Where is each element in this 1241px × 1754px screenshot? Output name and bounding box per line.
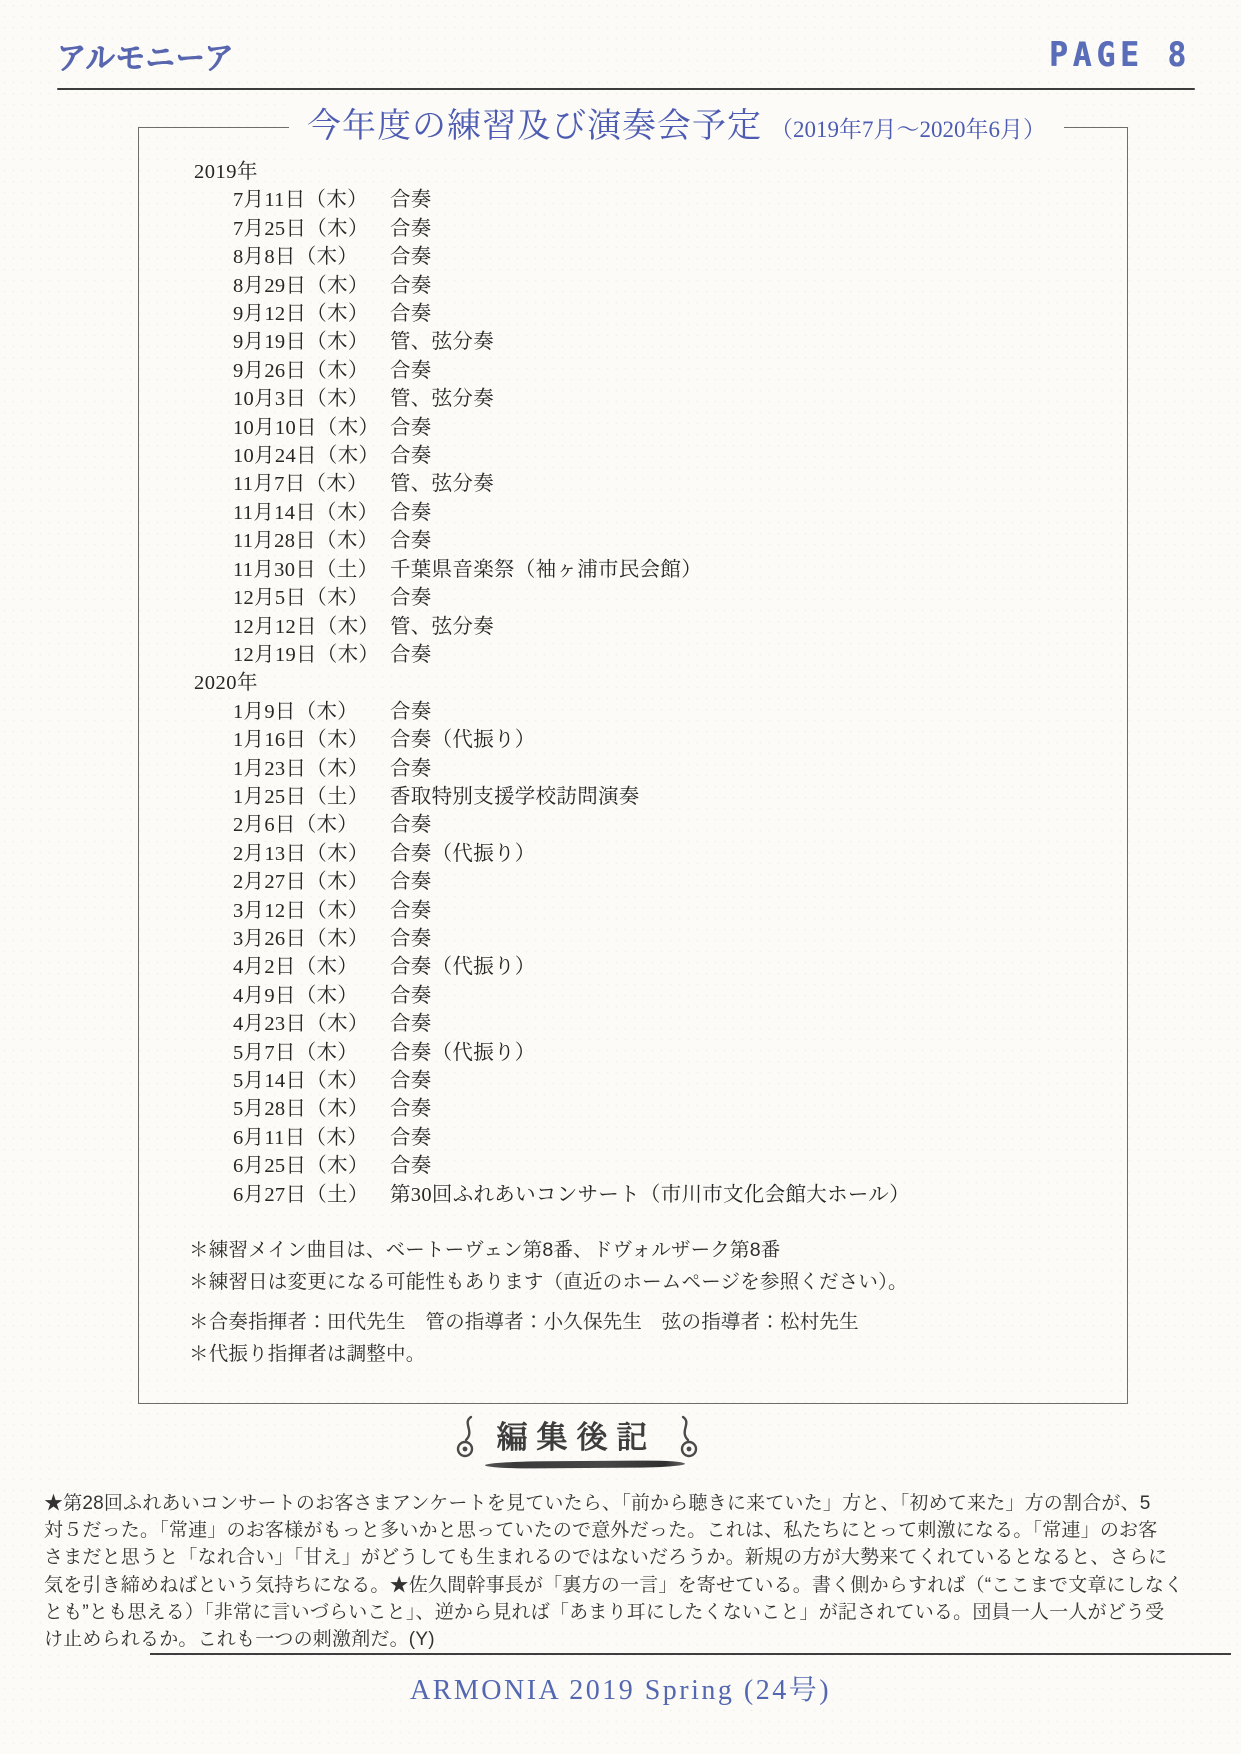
page-number-label: PAGE 8 — [1049, 36, 1191, 75]
schedule-activity: 合奏 — [390, 1095, 432, 1123]
schedule-date: 11月30日（土） — [233, 556, 390, 584]
schedule-activity: 合奏 — [390, 925, 432, 953]
schedule-date: 12月12日（木） — [233, 613, 390, 641]
schedule-date: 2月27日（木） — [233, 868, 390, 896]
schedule-notes: ＊練習メイン曲目は、ベートーヴェン第8番、ドヴォルザーク第8番＊練習日は変更にな… — [189, 1235, 1127, 1370]
schedule-activity: 管、弦分奏 — [390, 328, 494, 356]
schedule-date: 1月23日（木） — [233, 755, 390, 783]
schedule-date: 12月5日（木） — [233, 584, 390, 612]
schedule-activity: 合奏 — [390, 641, 432, 669]
schedule-row: 1月23日（木）合奏 — [233, 755, 1127, 783]
heading-brush-underline — [484, 1460, 684, 1468]
schedule-activity: 合奏（代振り） — [390, 953, 536, 981]
schedule-activity: 合奏 — [390, 755, 432, 783]
schedule-row: 11月14日（木）合奏 — [233, 499, 1127, 527]
schedule-date: 7月25日（木） — [233, 215, 390, 243]
schedule-date: 2月13日（木） — [233, 840, 390, 868]
schedule-date: 1月25日（土） — [233, 783, 390, 811]
schedule-row: 1月9日（木）合奏 — [233, 698, 1127, 726]
schedule-row: 9月26日（木）合奏 — [233, 357, 1127, 385]
schedule-row: 12月19日（木）合奏 — [233, 641, 1127, 669]
schedule-activity: 合奏 — [390, 243, 432, 271]
schedule-row: 8月8日（木）合奏 — [233, 243, 1127, 271]
schedule-date: 4月9日（木） — [233, 982, 390, 1010]
schedule-date: 8月8日（木） — [233, 243, 390, 271]
schedule-row: 4月9日（木）合奏 — [233, 982, 1127, 1010]
schedule-row: 1月25日（土）香取特別支援学校訪問演奏 — [233, 783, 1127, 811]
schedule-activity: 合奏 — [390, 442, 432, 470]
schedule-date: 1月9日（木） — [233, 698, 390, 726]
schedule-activity: 合奏 — [390, 1010, 432, 1038]
schedule-title-main: 今年度の練習及び演奏会予定 — [307, 108, 762, 145]
schedule-activity: 合奏（代振り） — [390, 840, 536, 868]
schedule-date: 4月23日（木） — [233, 1010, 390, 1038]
schedule-date: 11月14日（木） — [233, 499, 390, 527]
schedule-row: 6月11日（木）合奏 — [233, 1124, 1127, 1152]
schedule-activity: 香取特別支援学校訪問演奏 — [390, 783, 640, 811]
schedule-row: 8月29日（木）合奏 — [233, 272, 1127, 300]
schedule-activity: 合奏 — [390, 698, 432, 726]
schedule-date: 11月28日（木） — [233, 527, 390, 555]
schedule-activity: 合奏 — [390, 1152, 432, 1180]
schedule-box: 今年度の練習及び演奏会予定（2019年7月～2020年6月） 2019年7月11… — [138, 127, 1128, 1404]
schedule-date: 12月19日（木） — [233, 641, 390, 669]
schedule-row: 10月10日（木）合奏 — [233, 414, 1127, 442]
schedule-note: ＊練習メイン曲目は、ベートーヴェン第8番、ドヴォルザーク第8番 — [189, 1235, 1127, 1267]
schedule-row: 10月24日（木）合奏 — [233, 442, 1127, 470]
schedule-row: 1月16日（木）合奏（代振り） — [233, 726, 1127, 754]
footer-journal-line: ARMONIA 2019 Spring (24号) — [0, 1668, 1241, 1708]
schedule-date: 8月29日（木） — [233, 272, 390, 300]
editorial-heading-inner: 編集後記 — [455, 1412, 699, 1461]
schedule-activity: 管、弦分奏 — [390, 385, 494, 413]
schedule-activity: 合奏 — [390, 811, 432, 839]
schedule-note: ＊合奏指揮者：田代先生 管の指導者：小久保先生 弦の指導者：松村先生 — [189, 1307, 1127, 1339]
schedule-row: 12月5日（木）合奏 — [233, 584, 1127, 612]
schedule-date: 6月11日（木） — [233, 1124, 390, 1152]
schedule-activity: 合奏 — [390, 527, 432, 555]
schedule-date: 7月11日（木） — [233, 186, 390, 214]
schedule-activity: 合奏 — [390, 868, 432, 896]
schedule-activity: 合奏 — [390, 584, 432, 612]
schedule-row: 2月13日（木）合奏（代振り） — [233, 840, 1127, 868]
armonia-logo: アルモニーア — [56, 33, 234, 79]
schedule-row: 2月6日（木）合奏 — [233, 811, 1127, 839]
schedule-activity: 合奏 — [390, 300, 432, 328]
schedule-date: 2月6日（木） — [233, 811, 390, 839]
schedule-row: 3月26日（木）合奏 — [233, 925, 1127, 953]
schedule-row: 3月12日（木）合奏 — [233, 897, 1127, 925]
schedule-row: 6月25日（木）合奏 — [233, 1152, 1127, 1180]
schedule-activity: 合奏（代振り） — [390, 726, 536, 754]
schedule-row: 7月11日（木）合奏 — [233, 186, 1127, 214]
footer-divider — [150, 1653, 1231, 1655]
schedule-date: 4月2日（木） — [233, 953, 390, 981]
schedule-activity: 管、弦分奏 — [390, 613, 494, 641]
schedule-row: 11月7日（木）管、弦分奏 — [233, 470, 1127, 498]
schedule-activity: 合奏 — [390, 272, 432, 300]
schedule-date: 9月19日（木） — [233, 328, 390, 356]
schedule-row: 12月12日（木）管、弦分奏 — [233, 613, 1127, 641]
schedule-row: 6月27日（土）第30回ふれあいコンサート（市川市文化会館大ホール） — [233, 1181, 1127, 1209]
schedule-row: 2月27日（木）合奏 — [233, 868, 1127, 896]
schedule-row: 11月30日（土）千葉県音楽祭（袖ヶ浦市民会館） — [233, 556, 1127, 584]
schedule-date: 10月3日（木） — [233, 385, 390, 413]
schedule-row: 5月7日（木）合奏（代振り） — [233, 1039, 1127, 1067]
schedule-activity: 合奏 — [390, 357, 432, 385]
schedule-year-label: 2020年 — [194, 669, 1127, 697]
schedule-row: 4月23日（木）合奏 — [233, 1010, 1127, 1038]
schedule-date: 1月16日（木） — [233, 726, 390, 754]
schedule-title: 今年度の練習及び演奏会予定（2019年7月～2020年6月） — [289, 104, 1064, 156]
schedule-activity: 合奏 — [390, 897, 432, 925]
schedule-date: 9月12日（木） — [233, 300, 390, 328]
schedule-activity: 千葉県音楽祭（袖ヶ浦市民会館） — [390, 556, 702, 584]
schedule-activity: 合奏 — [390, 1124, 432, 1152]
schedule-activity: 合奏 — [390, 215, 432, 243]
schedule-date: 5月14日（木） — [233, 1067, 390, 1095]
schedule-note: ＊代振り指揮者は調整中。 — [189, 1339, 1127, 1371]
schedule-date: 3月12日（木） — [233, 897, 390, 925]
schedule-activity: 合奏 — [390, 499, 432, 527]
schedule-date: 6月25日（木） — [233, 1152, 390, 1180]
schedule-row: 9月19日（木）管、弦分奏 — [233, 328, 1127, 356]
editorial-paragraph: ★第28回ふれあいコンサートのお客さまアンケートを見ていたら、「前から聴きに来て… — [44, 1490, 1206, 1653]
schedule-row: 4月2日（木）合奏（代振り） — [233, 953, 1127, 981]
schedule-activity: 合奏 — [390, 1067, 432, 1095]
schedule-row: 5月14日（木）合奏 — [233, 1067, 1127, 1095]
schedule-row: 10月3日（木）管、弦分奏 — [233, 385, 1127, 413]
schedule-activity: 第30回ふれあいコンサート（市川市文化会館大ホール） — [390, 1181, 910, 1209]
header-divider — [57, 88, 1195, 90]
schedule-row: 5月28日（木）合奏 — [233, 1095, 1127, 1123]
clef-ornament-icon — [455, 1414, 481, 1460]
schedule-note: ＊練習日は変更になる可能性もあります（直近のホームページを参照ください）。 — [189, 1267, 1127, 1299]
newsletter-page: アルモニーア PAGE 8 今年度の練習及び演奏会予定（2019年7月～2020… — [0, 0, 1241, 1754]
schedule-year-label: 2019年 — [194, 158, 1127, 186]
clef-ornament-icon — [673, 1414, 699, 1460]
schedule-date: 6月27日（土） — [233, 1181, 390, 1209]
schedule-activity: 合奏 — [390, 186, 432, 214]
schedule-date: 5月28日（木） — [233, 1095, 390, 1123]
schedule-date: 11月7日（木） — [233, 470, 390, 498]
schedule-activity: 管、弦分奏 — [390, 470, 494, 498]
schedule-date: 10月24日（木） — [233, 442, 390, 470]
schedule-activity: 合奏 — [390, 982, 432, 1010]
schedule-date: 9月26日（木） — [233, 357, 390, 385]
schedule-title-period: （2019年7月～2020年6月） — [770, 117, 1046, 142]
schedule-row: 11月28日（木）合奏 — [233, 527, 1127, 555]
schedule-row: 7月25日（木）合奏 — [233, 215, 1127, 243]
schedule-activity: 合奏 — [390, 414, 432, 442]
schedule-date: 3月26日（木） — [233, 925, 390, 953]
schedule-date: 5月7日（木） — [233, 1039, 390, 1067]
editorial-heading-row: 編集後記 — [0, 1412, 1241, 1461]
editorial-heading: 編集後記 — [497, 1412, 657, 1461]
schedule-row: 9月12日（木）合奏 — [233, 300, 1127, 328]
schedule-list: 2019年7月11日（木）合奏7月25日（木）合奏8月8日（木）合奏8月29日（… — [139, 158, 1127, 1209]
schedule-activity: 合奏（代振り） — [390, 1039, 536, 1067]
schedule-date: 10月10日（木） — [233, 414, 390, 442]
